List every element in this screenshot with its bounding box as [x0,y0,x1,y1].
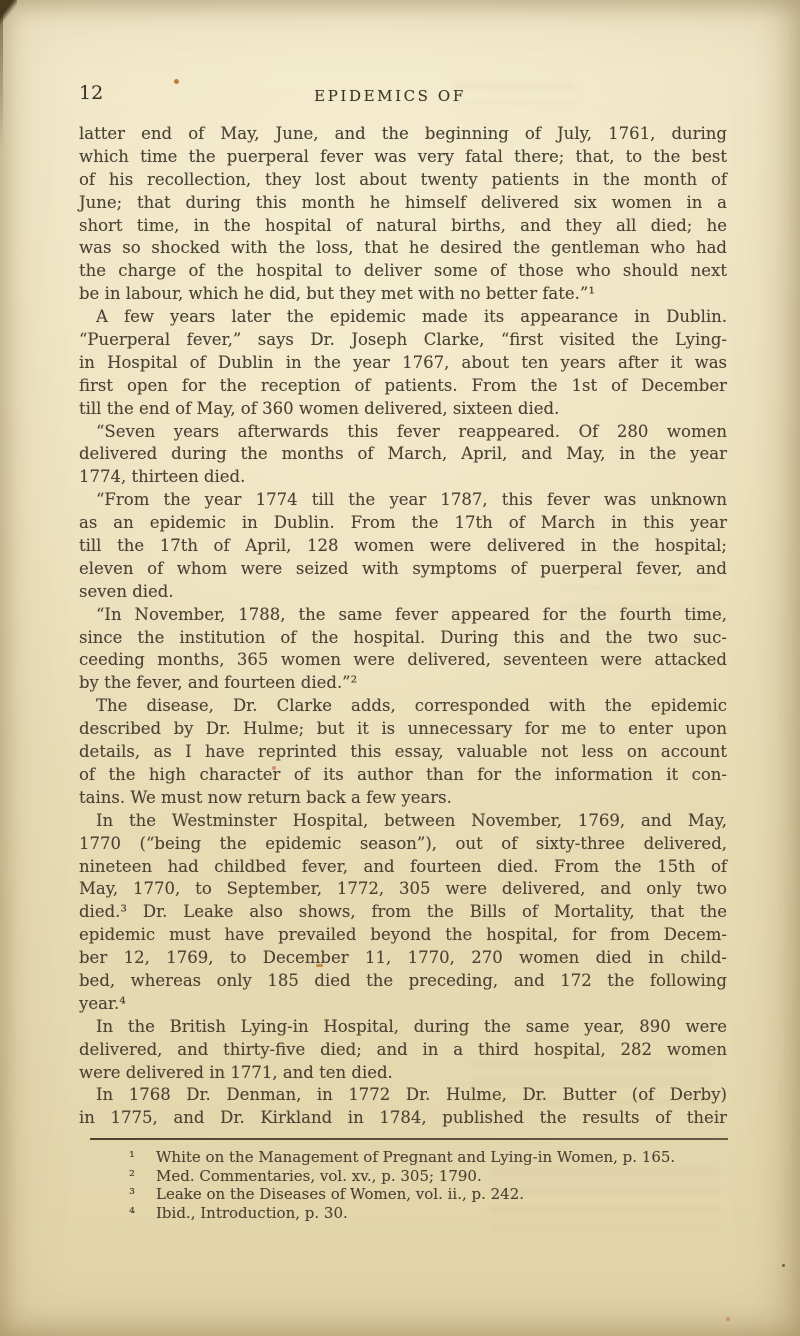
text-line: died.³ Dr. Leake also shows, from the Bi… [79,901,727,924]
text-line: of his recollection, they lost about twe… [79,169,727,192]
text-line: nineteen had childbed fever, and fourtee… [79,856,727,879]
footnote: ⁴Ibid., Introduction, p. 30. [129,1204,689,1223]
text-line: tains. We must now return back a few yea… [79,787,727,810]
footnote-text: Ibid., Introduction, p. 30. [156,1204,348,1222]
text-line: till the 17th of April, 128 women were d… [79,535,727,558]
text-line: details, as I have reprinted this essay,… [79,741,727,764]
footnote-marker: ¹ [129,1148,156,1167]
text-line: “From the year 1774 till the year 1787, … [79,489,727,512]
footnote: ³Leake on the Diseases of Women, vol. ii… [129,1185,689,1204]
page-number: 12 [79,82,103,104]
text-line: In the British Lying-in Hospital, during… [79,1016,727,1039]
text-line: The disease, Dr. Clarke adds, correspond… [79,695,727,718]
scanned-book-page: 12 EPIDEMICS OF latter end of May, June,… [0,0,800,1336]
footnote-marker: ² [129,1167,156,1186]
text-line: A few years later the epidemic made its … [79,306,727,329]
text-line: May, 1770, to September, 1772, 305 were … [79,878,727,901]
text-line: eleven of whom were seized with symptoms… [79,558,727,581]
text-line: ber 12, 1769, to December 11, 1770, 270 … [79,947,727,970]
text-line: be in labour, which he did, but they met… [79,283,727,306]
text-line: epidemic must have prevailed beyond the … [79,924,727,947]
text-line: June; that during this month he himself … [79,192,727,215]
text-line: in Hospital of Dublin in the year 1767, … [79,352,727,375]
text-line: which time the puerperal fever was very … [79,146,727,169]
text-line: short time, in the hospital of natural b… [79,215,727,238]
text-line: as an epidemic in Dublin. From the 17th … [79,512,727,535]
text-line: ceeding months, 365 women were delivered… [79,649,727,672]
text-line: “Puerperal fever,” says Dr. Joseph Clark… [79,329,727,352]
show-through-smudge [455,82,575,104]
text-line: 1774, thirteen died. [79,466,727,489]
text-line: since the institution of the hospital. D… [79,627,727,650]
body-text-block: latter end of May, June, and the beginni… [79,123,727,1130]
footnote-text: Leake on the Diseases of Women, vol. ii.… [156,1185,524,1203]
footnote: ²Med. Commentaries, vol. xv., p. 305; 17… [129,1167,689,1186]
text-line: in 1775, and Dr. Kirkland in 1784, publi… [79,1107,727,1130]
text-line: first open for the reception of patients… [79,375,727,398]
footnote: ¹White on the Management of Pregnant and… [129,1148,689,1167]
text-line: latter end of May, June, and the beginni… [79,123,727,146]
footnotes-block: ¹White on the Management of Pregnant and… [129,1148,689,1222]
text-line: delivered, and thirty-five died; and in … [79,1039,727,1062]
text-line: In 1768 Dr. Denman, in 1772 Dr. Hulme, D… [79,1084,727,1107]
footnote-text: Med. Commentaries, vol. xv., p. 305; 179… [156,1167,482,1185]
text-line: 1770 (“being the epidemic season”), out … [79,833,727,856]
ink-speck [272,766,276,770]
text-line: was so shocked with the loss, that he de… [79,237,727,260]
text-line: “Seven years afterwards this fever reapp… [79,421,727,444]
text-line: described by Dr. Hulme; but it is unnece… [79,718,727,741]
footnote-separator-rule [90,1138,728,1140]
text-line: bed, whereas only 185 died the preceding… [79,970,727,993]
ink-speck [174,79,179,84]
footnote-marker: ⁴ [129,1204,156,1223]
page-edge-shadow [0,0,3,150]
running-header-title: EPIDEMICS OF [314,87,466,105]
text-line: till the end of May, of 360 women delive… [79,398,727,421]
text-line: the charge of the hospital to deliver so… [79,260,727,283]
ink-speck [726,1317,730,1321]
text-line: year.⁴ [79,993,727,1016]
text-line: of the high character of its author than… [79,764,727,787]
text-line: seven died. [79,581,727,604]
ink-speck [316,964,323,967]
text-line: “In November, 1788, the same fever appea… [79,604,727,627]
text-line: delivered during the months of March, Ap… [79,443,727,466]
footnote-text: White on the Management of Pregnant and … [156,1148,675,1166]
text-line: by the fever, and fourteen died.”² [79,672,727,695]
ink-speck [782,1264,785,1267]
text-line: In the Westminster Hospital, between Nov… [79,810,727,833]
footnote-marker: ³ [129,1185,156,1204]
text-line: were delivered in 1771, and ten died. [79,1062,727,1085]
